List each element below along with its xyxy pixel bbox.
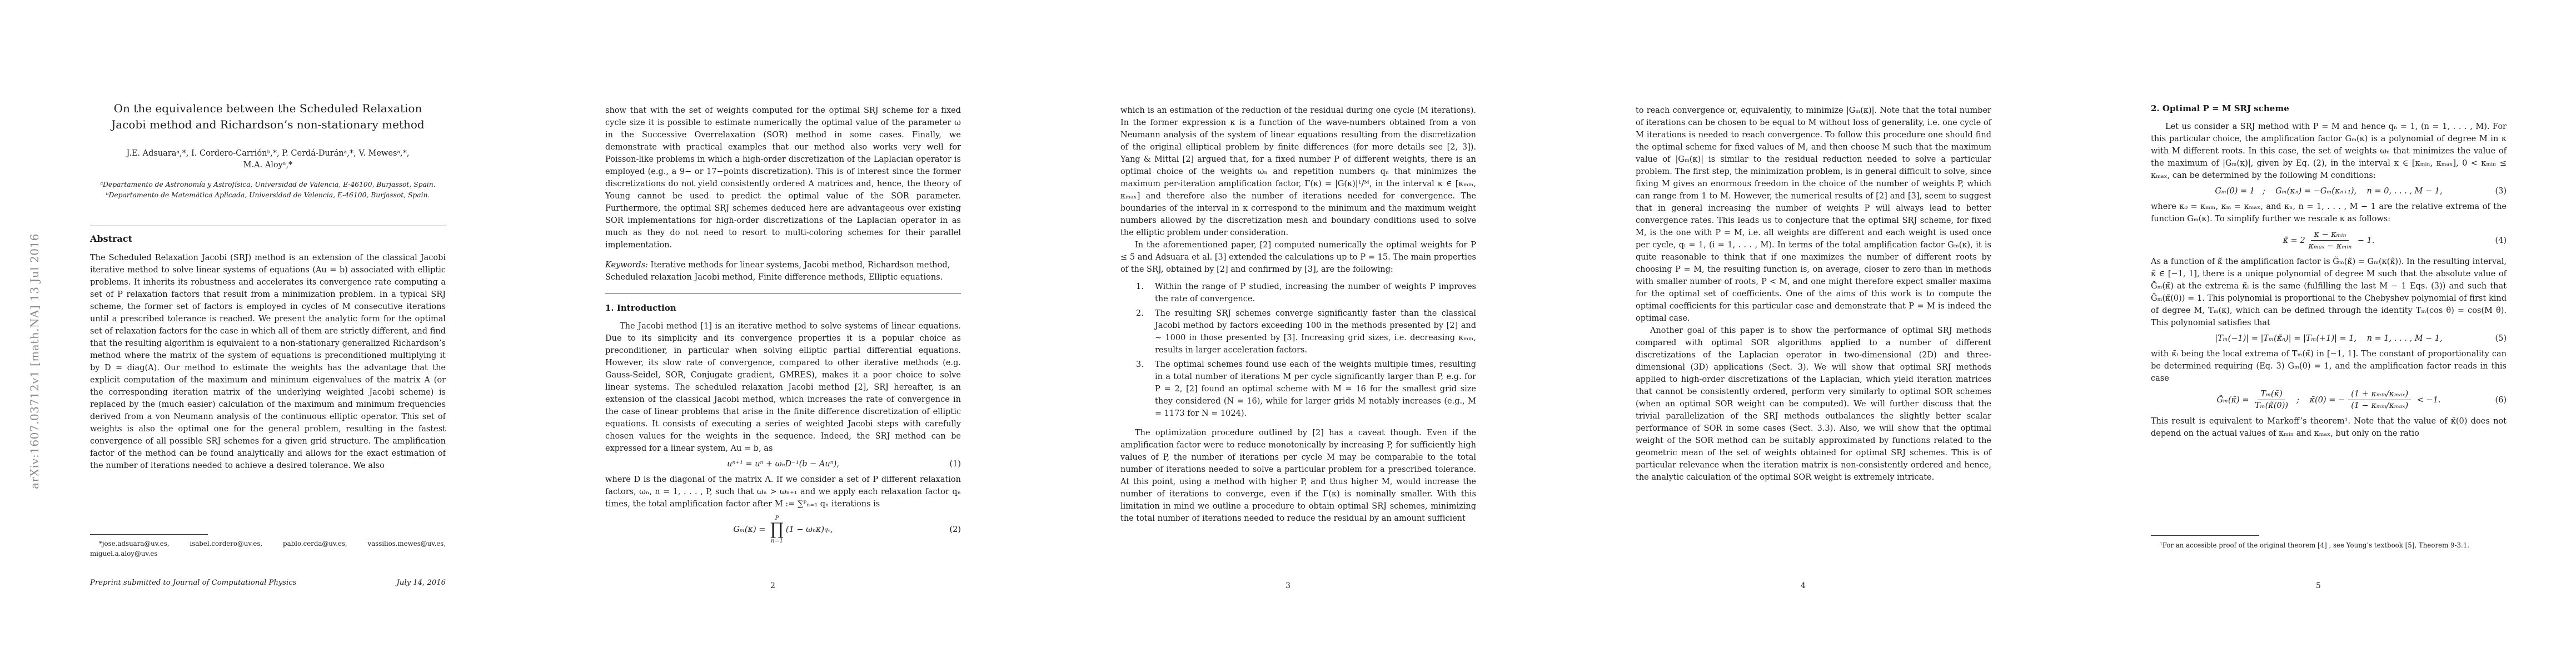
abstract-text: The Scheduled Relaxation Jacobi (SRJ) me… [90, 252, 446, 472]
equation-4-fraction: κ − κₘᵢₙ κₘₐₓ − κₘᵢₙ [2309, 230, 2352, 251]
equation-3: Gₘ(0) = 1 ; Gₘ(κₙ) = −Gₘ(κₙ₊₁), n = 0, .… [2151, 187, 2507, 196]
page-2-column: show that with the set of weights comput… [605, 0, 961, 549]
page-2: show that with the set of weights comput… [515, 0, 1030, 667]
paper-preprint: arXiv:1607.03712v1 [math.NA] 13 Jul 2016… [0, 0, 2576, 667]
equation-6-suffix: < −1. [2414, 396, 2440, 405]
footnote-rule [90, 534, 208, 535]
equation-2-body: (1 − ωₙκ) [786, 525, 824, 534]
theorem-footnote: ¹For an accesible proof of the original … [2151, 540, 2507, 550]
authors-line2: M.A. Aloyᵃ,* [90, 160, 446, 171]
list-item-text: Within the range of P studied, increasin… [1155, 281, 1476, 305]
list-item-number: 1. [1136, 281, 1148, 305]
equation-2-tag: (2) [949, 525, 961, 534]
affiliation-b: ᵇDepartamento de Matemática Aplicada, Un… [90, 190, 446, 201]
equation-2-suffix: , [830, 525, 833, 534]
arxiv-watermark: arXiv:1607.03712v1 [math.NA] 13 Jul 2016 [28, 233, 41, 489]
product-lower-limit: n=1 [771, 538, 783, 544]
srj-properties-list: 1. Within the range of P studied, increa… [1120, 281, 1476, 420]
introduction-paragraph: The Jacobi method [1] is an iterative me… [605, 320, 961, 455]
fraction-numerator: Tₘ(κ̃) [2258, 390, 2285, 400]
equation-1-body: uⁿ⁺¹ = uⁿ + ωₙD⁻¹(b − Auⁿ), [727, 460, 839, 469]
footer-left: Preprint submitted to Journal of Computa… [90, 579, 296, 587]
equation-2-exponent: qₙ [824, 526, 830, 533]
equation-4: κ̃ = 2 κ − κₘᵢₙ κₘₐₓ − κₘᵢₙ − 1. (4) [2151, 230, 2507, 251]
paper-title-line2: Jacobi method and Richardson’s non-stati… [90, 117, 446, 133]
equation-6-fraction-1: Tₘ(κ̃) Tₘ(κ̃(0)) [2255, 390, 2288, 410]
equation-5-tag: (5) [2495, 334, 2507, 343]
email-footnote: *jose.adsuara@uv.es, isabel.cordero@uv.e… [90, 539, 446, 559]
equation-4-suffix: − 1. [2355, 236, 2374, 245]
equation-5: |Tₘ(−1)| = |Tₘ(κ̃ₙ)| = |Tₘ(+1)| = 1, n =… [2151, 334, 2507, 343]
page-number-2: 2 [515, 581, 1030, 590]
list-item-text: The resulting SRJ schemes converge signi… [1155, 307, 1476, 356]
preprint-footer: Preprint submitted to Journal of Computa… [90, 579, 446, 587]
front-matter-rule [605, 293, 961, 293]
page3-paragraph-1: which is an estimation of the reduction … [1120, 104, 1476, 239]
abstract-continuation: show that with the set of weights comput… [605, 104, 961, 251]
list-item: 2. The resulting SRJ schemes converge si… [1120, 307, 1476, 356]
affiliations: ᵃDepartamento de Astronomía y Astrofísic… [90, 180, 446, 200]
equation-6-fraction-2: (1 + κₘᵢₙ/κₘₐₓ) (1 − κₘᵢₙ/κₘₐₓ) [2348, 390, 2411, 410]
list-item: 1. Within the range of P studied, increa… [1120, 281, 1476, 305]
equation-2-lhs: Gₘ(κ) = [733, 525, 768, 534]
fraction-denominator: Tₘ(κ̃(0)) [2255, 400, 2288, 410]
page5-paragraph-1: Let us consider a SRJ method with P = M … [2151, 121, 2507, 182]
equation-6-middle: ; κ̃(0) = − [2291, 396, 2345, 405]
section-1-heading: 1. Introduction [605, 303, 961, 313]
equation-1-tag: (1) [949, 460, 961, 469]
list-item-number: 3. [1136, 359, 1148, 420]
paper-title-line1: On the equivalence between the Scheduled… [90, 101, 446, 117]
page5-paragraph-3: As a function of κ̃ the amplification fa… [2151, 256, 2507, 329]
abstract-top-rule [90, 226, 446, 226]
page-5-column: 2. Optimal P = M SRJ scheme Let us consi… [2151, 0, 2507, 440]
fraction-numerator: (1 + κₘᵢₙ/κₘₐₓ) [2348, 390, 2411, 400]
keywords: Keywords: Iterative methods for linear s… [605, 259, 961, 283]
section-2-heading: 2. Optimal P = M SRJ scheme [2151, 103, 2507, 113]
equation-3-tag: (3) [2495, 187, 2507, 196]
keywords-label: Keywords: [605, 261, 648, 270]
page-number-4: 4 [1546, 581, 2061, 590]
equation-2: Gₘ(κ) = P ∏ n=1 (1 − ωₙκ)qₙ, (2) [605, 515, 961, 544]
page-4: to reach convergence or, equivalently, t… [1546, 0, 2061, 667]
product-operator: P ∏ n=1 [770, 515, 784, 544]
footer-right: July 14, 2016 [397, 579, 446, 587]
paragraph-after-eq1: where D is the diagonal of the matrix A.… [605, 474, 961, 510]
equation-5-body: |Tₘ(−1)| = |Tₘ(κ̃ₙ)| = |Tₘ(+1)| = 1, n =… [2215, 334, 2443, 343]
page-1-column: On the equivalence between the Scheduled… [90, 0, 446, 472]
footnote-rule [2151, 535, 2259, 536]
page5-paragraph-2: where κ₀ = κₘᵢₙ, κₘ = κₘₐₓ, and κₙ, n = … [2151, 201, 2507, 225]
page5-paragraph-4: with κ̃ᵢ being the local extrema of Tₘ(κ… [2151, 348, 2507, 385]
fraction-denominator: (1 − κₘᵢₙ/κₘₐₓ) [2351, 400, 2408, 410]
page-number-3: 3 [1030, 581, 1546, 590]
page3-paragraph-3: The optimization procedure outlined by [… [1120, 427, 1476, 525]
list-item-number: 2. [1136, 307, 1148, 356]
equation-6-lhs: G̃ₘ(κ̃) = [2216, 396, 2251, 405]
fraction-numerator: κ − κₘᵢₙ [2311, 230, 2349, 241]
page-5: 2. Optimal P = M SRJ scheme Let us consi… [2061, 0, 2576, 667]
page5-paragraph-5: This result is equivalent to Markoff’s t… [2151, 415, 2507, 440]
list-item: 3. The optimal schemes found use each of… [1120, 359, 1476, 420]
equation-3-body: Gₘ(0) = 1 ; Gₘ(κₙ) = −Gₘ(κₙ₊₁), n = 0, .… [2215, 187, 2442, 196]
authors: J.E. Adsuaraᵃ,*, I. Cordero-Carriónᵇ,*, … [90, 148, 446, 171]
equation-6-tag: (6) [2495, 396, 2507, 405]
equation-4-lhs: κ̃ = 2 [2283, 236, 2305, 245]
list-item-text: The optimal schemes found use each of th… [1155, 359, 1476, 420]
equation-1: uⁿ⁺¹ = uⁿ + ωₙD⁻¹(b − Auⁿ), (1) [605, 460, 961, 469]
fraction-denominator: κₘₐₓ − κₘᵢₙ [2309, 241, 2352, 251]
keywords-text: Iterative methods for linear systems, Ja… [605, 261, 950, 282]
equation-6: G̃ₘ(κ̃) = Tₘ(κ̃) Tₘ(κ̃(0)) ; κ̃(0) = − (… [2151, 390, 2507, 410]
page-3: which is an estimation of the reduction … [1030, 0, 1546, 667]
authors-line1: J.E. Adsuaraᵃ,*, I. Cordero-Carriónᵇ,*, … [90, 148, 446, 160]
page-number-5: 5 [2061, 581, 2576, 590]
page4-paragraph-1: to reach convergence or, equivalently, t… [1636, 104, 1991, 325]
product-symbol: ∏ [770, 521, 784, 538]
page3-paragraph-2: In the aforementioned paper, [2] compute… [1120, 239, 1476, 276]
page4-paragraph-2: Another goal of this paper is to show th… [1636, 325, 1991, 484]
paper-title: On the equivalence between the Scheduled… [90, 101, 446, 133]
equation-4-tag: (4) [2495, 236, 2507, 245]
page-3-column: which is an estimation of the reduction … [1120, 0, 1476, 525]
page-1: arXiv:1607.03712v1 [math.NA] 13 Jul 2016… [0, 0, 515, 667]
affiliation-a: ᵃDepartamento de Astronomía y Astrofísic… [90, 180, 446, 190]
page-4-column: to reach convergence or, equivalently, t… [1636, 0, 1991, 484]
abstract-heading: Abstract [90, 233, 446, 244]
